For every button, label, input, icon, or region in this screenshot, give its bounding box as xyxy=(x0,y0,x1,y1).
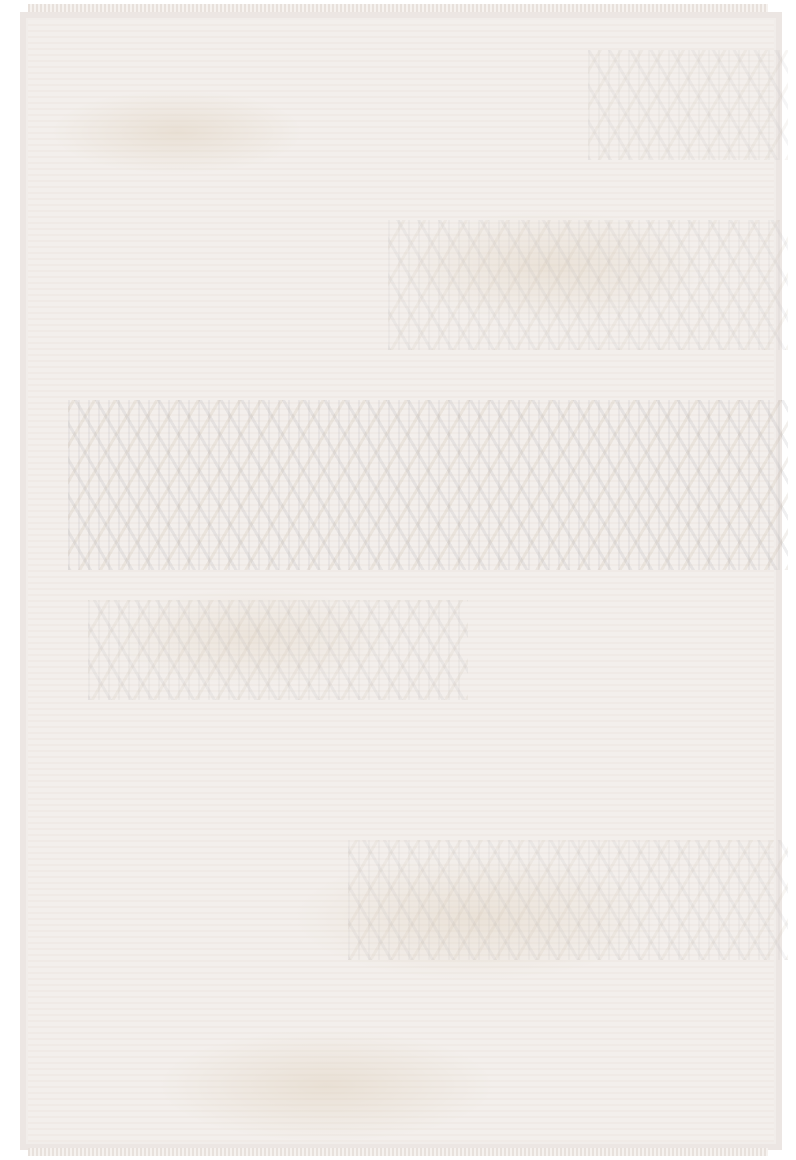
motif-band-lower-left xyxy=(88,600,468,700)
motif-band-center xyxy=(68,400,788,570)
rug xyxy=(20,12,782,1150)
motif-band-upper xyxy=(388,220,788,350)
rug-field xyxy=(28,20,774,1142)
fringe-top xyxy=(28,4,768,12)
motif-corner-top-right xyxy=(588,50,788,160)
motif-band-lower-right xyxy=(348,840,788,960)
fringe-bottom xyxy=(28,1148,768,1156)
